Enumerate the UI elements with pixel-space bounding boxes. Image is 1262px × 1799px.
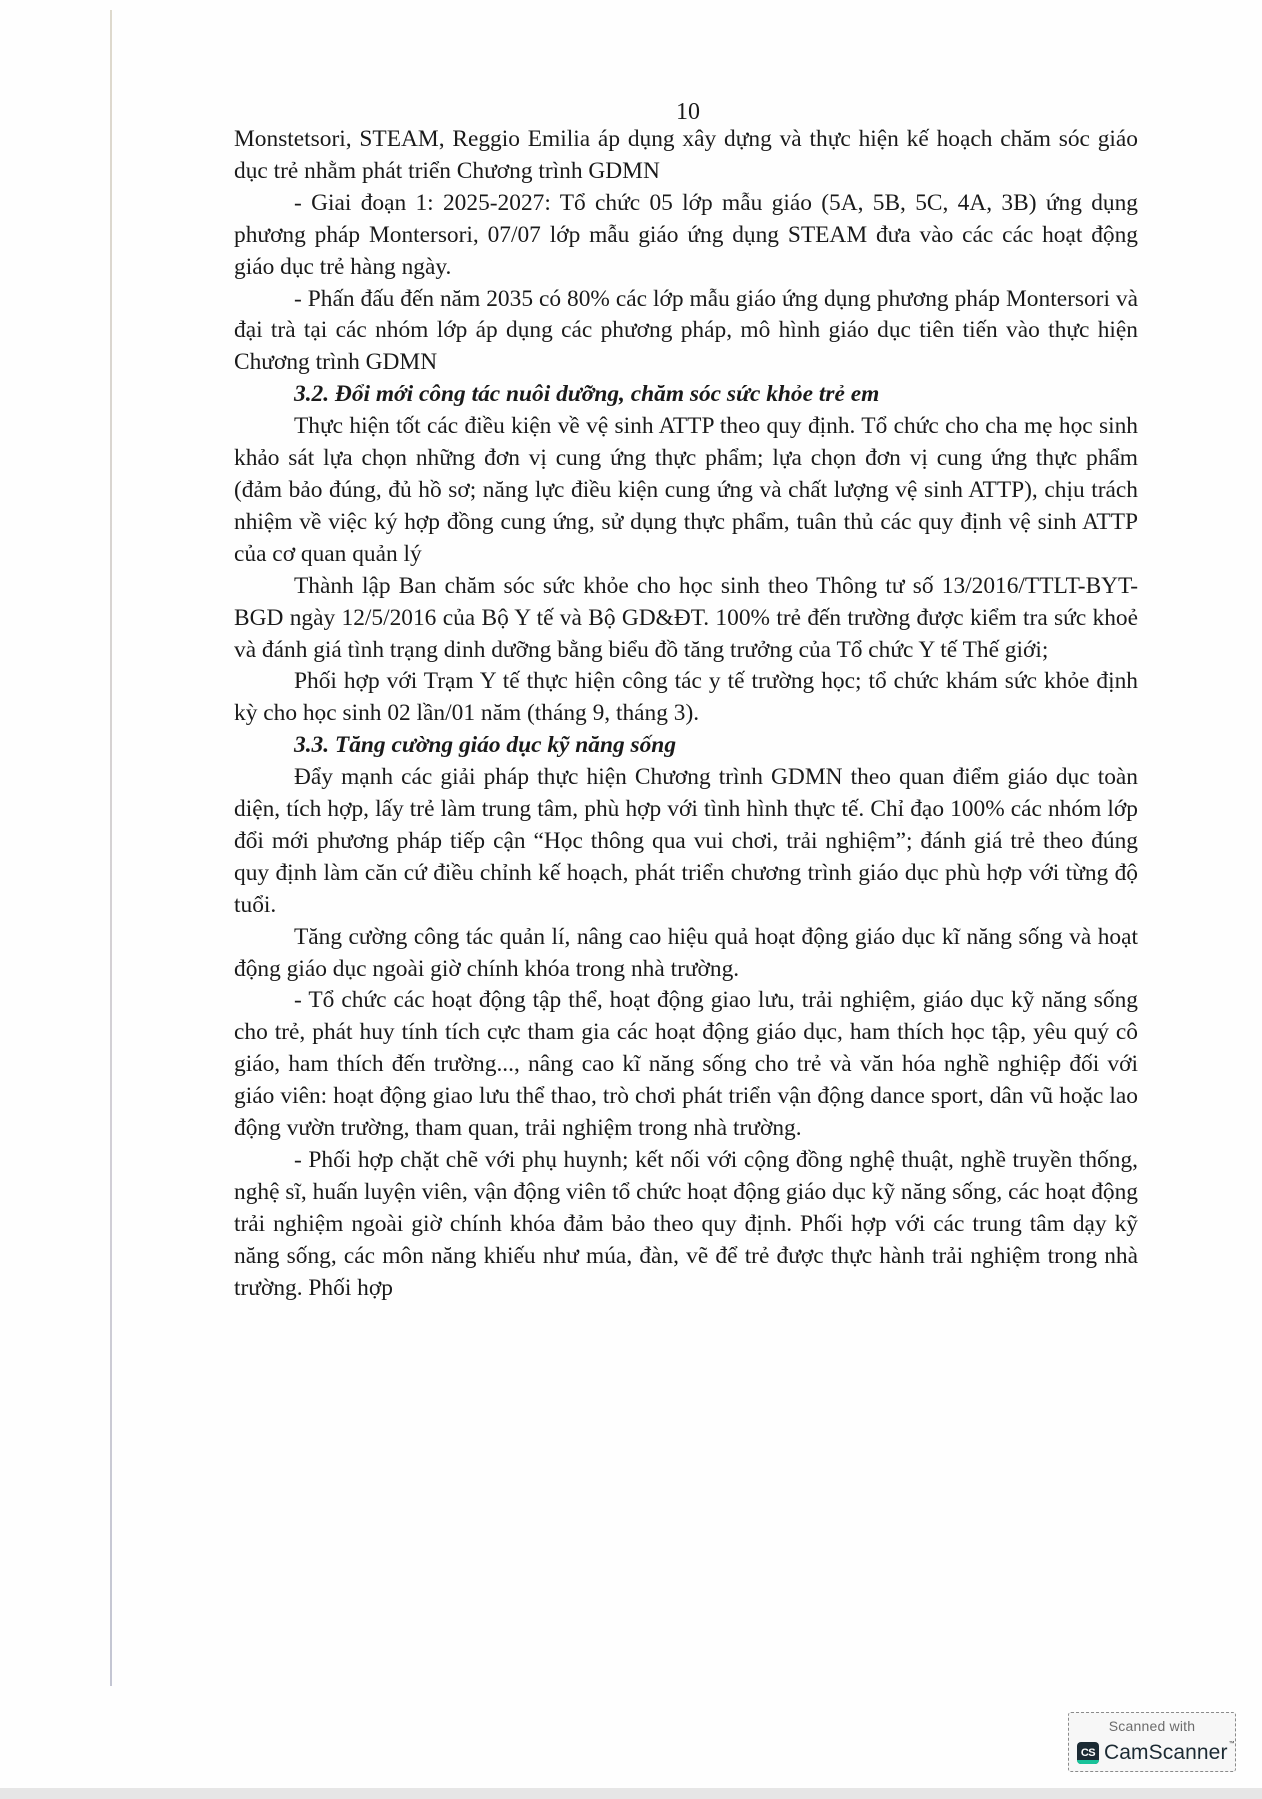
page-edge-line: [110, 10, 112, 1686]
paragraph-health-checkup: Phối hợp với Trạm Y tế thực hiện công tá…: [234, 666, 1138, 730]
page-bottom-border: [0, 1788, 1262, 1799]
trademark-symbol: ™: [1229, 1741, 1235, 1747]
camscanner-watermark: Scanned with CS CamScanner™: [1068, 1712, 1236, 1772]
paragraph-group-activities: - Tổ chức các hoạt động tập thể, hoạt độ…: [234, 985, 1138, 1145]
paragraph-health-board: Thành lập Ban chăm sóc sức khỏe cho học …: [234, 571, 1138, 667]
section-heading-3-2: 3.2. Đổi mới công tác nuôi dưỡng, chăm s…: [234, 379, 1138, 411]
section-heading-3-3: 3.3. Tăng cường giáo dục kỹ năng sống: [234, 730, 1138, 762]
paragraph-methods-intro: Monstetsori, STEAM, Reggio Emilia áp dụn…: [234, 124, 1138, 188]
paragraph-target-2035: - Phấn đấu đến năm 2035 có 80% các lớp m…: [234, 284, 1138, 380]
watermark-brand-row: CS CamScanner™: [1077, 1741, 1235, 1765]
camscanner-logo-icon: CS: [1077, 1742, 1099, 1764]
paragraph-life-skills-management: Tăng cường công tác quản lí, nâng cao hi…: [234, 922, 1138, 986]
paragraph-food-safety: Thực hiện tốt các điều kiện về vệ sinh A…: [234, 411, 1138, 571]
document-page: 10 Monstetsori, STEAM, Reggio Emilia áp …: [0, 0, 1262, 1788]
document-body: Monstetsori, STEAM, Reggio Emilia áp dụn…: [234, 124, 1138, 1305]
watermark-brand: CamScanner™: [1104, 1741, 1235, 1765]
paragraph-parent-coordination: - Phối hợp chặt chẽ với phụ huynh; kết n…: [234, 1145, 1138, 1305]
paragraph-phase-1: - Giai đoạn 1: 2025-2027: Tổ chức 05 lớp…: [234, 188, 1138, 284]
watermark-caption: Scanned with: [1069, 1718, 1235, 1734]
paragraph-gdmn-program: Đẩy mạnh các giải pháp thực hiện Chương …: [234, 762, 1138, 922]
watermark-brand-text: CamScanner: [1104, 1741, 1228, 1764]
